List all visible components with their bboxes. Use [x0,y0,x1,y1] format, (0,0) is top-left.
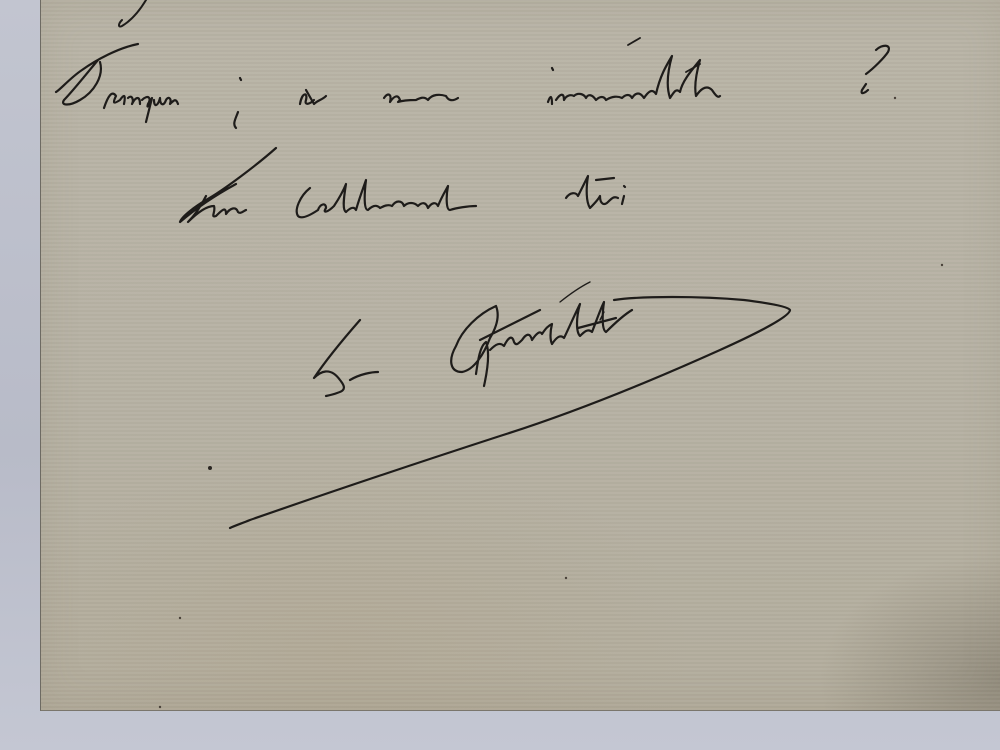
paper-specks [159,97,943,708]
cutoff-stroke [119,0,146,27]
signature-ink [230,282,790,528]
handwritten-line-2-ink [180,148,625,222]
handwritten-line-1-ink [56,38,889,128]
handwriting-ink [0,0,1000,750]
